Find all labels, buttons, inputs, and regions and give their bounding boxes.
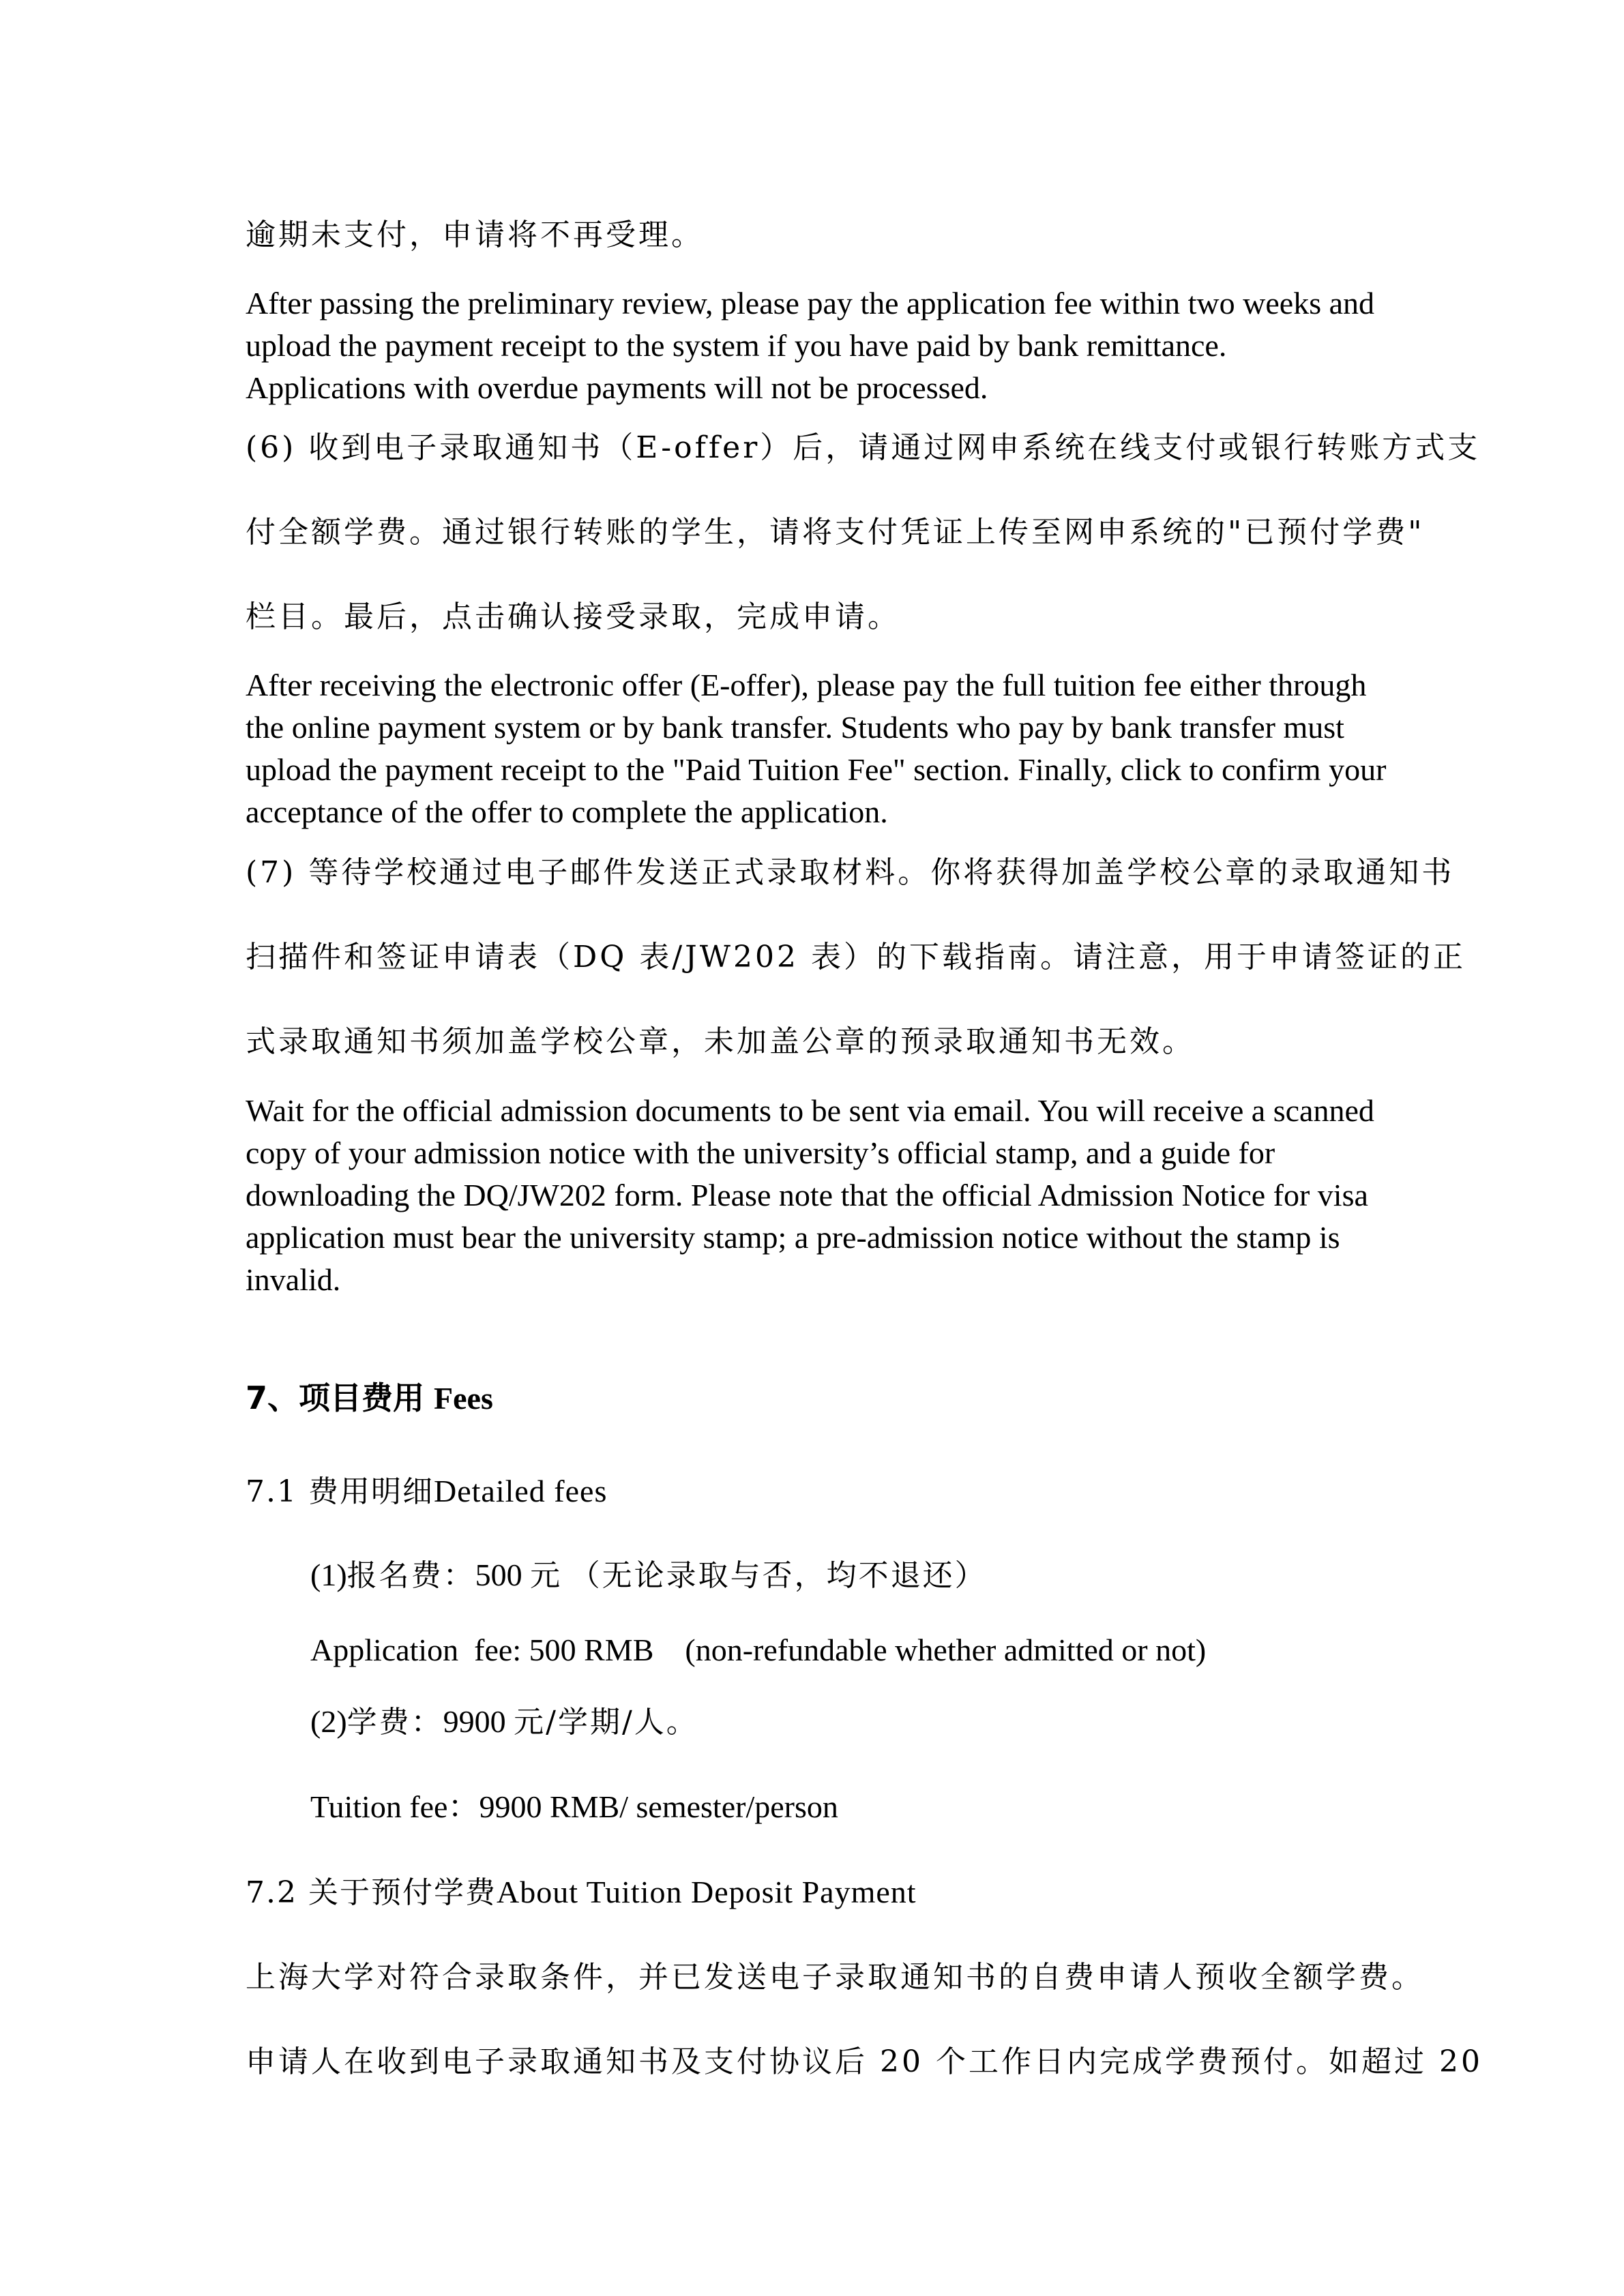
section-7-heading: 7、项目费用Fees [246,1377,1432,1420]
fee-unit-zh: 元/学期/人。 [514,1705,698,1740]
text-line: 栏目。最后，点击确认接受录取，完成申请。 [246,575,1432,659]
subsection-title-en: Detailed fees [434,1474,607,1508]
section-heading-zh: 7、项目费用 [246,1380,424,1416]
text-line: Applications with overdue payments will … [246,367,1432,409]
text-line: acceptance of the offer to complete the … [246,791,1432,833]
text-line: 扫描件和签证申请表（DQ 表/JW202 表）的下载指南。请注意，用于申请签证的… [246,915,1432,1000]
fee-item-application-en: Application fee: 500 RMB (non-refundable… [310,1629,1497,1671]
text-line: the online payment system or by bank tra… [246,706,1432,749]
text-line: downloading the DQ/JW202 form. Please no… [246,1174,1432,1217]
subsection-number: 7.1 [246,1474,297,1509]
deposit-paragraph-zh: 上海大学对符合录取条件，并已发送电子录取通知书的自费申请人预收全额学费。 申请人… [246,1935,1432,2104]
overdue-notice-zh: 逾期未支付，申请将不再受理。 [246,214,1432,256]
step6-paragraph-en: After receiving the electronic offer (E-… [246,664,1432,833]
fee-note-zh: （无论录取与否，均不退还） [570,1558,987,1593]
fee-item-tuition-en: Tuition fee：9900 RMB/ semester/person [310,1786,1497,1828]
section-heading-en: Fees [434,1381,493,1416]
text-line: upload the payment receipt to the "Paid … [246,749,1432,791]
step7-paragraph-en: Wait for the official admission document… [246,1090,1432,1301]
text-line: After passing the preliminary review, pl… [246,282,1432,325]
fee-amount: 500 [475,1557,522,1592]
text-line: application must bear the university sta… [246,1217,1432,1259]
text-line: Wait for the official admission document… [246,1090,1432,1132]
text-line: (6) 收到电子录取通知书（E-offer）后，请通过网申系统在线支付或银行转账… [246,406,1432,490]
text-line: 式录取通知书须加盖学校公章，未加盖公章的预录取通知书无效。 [246,1000,1432,1084]
text-line: copy of your admission notice with the u… [246,1132,1432,1174]
fee-item-application-zh: (1)报名费：500 元 （无论录取与否，均不退还） [310,1554,1497,1597]
fee-label-zh: 报名费： [347,1558,475,1593]
prelim-review-paragraph-en: After passing the preliminary review, pl… [246,282,1432,409]
fee-amount: 9900 [443,1704,506,1739]
text-line: 付全额学费。通过银行转账的学生，请将支付凭证上传至网申系统的"已预付学费" [246,490,1432,575]
item-number: (2) [310,1704,347,1739]
subsection-title-en: About Tuition Deposit Payment [497,1875,917,1909]
text-line: (7) 等待学校通过电子邮件发送正式录取材料。你将获得加盖学校公章的录取通知书 [246,831,1432,915]
step6-paragraph-zh: (6) 收到电子录取通知书（E-offer）后，请通过网申系统在线支付或银行转账… [246,406,1432,659]
subsection-title-zh: 费用明细 [308,1474,434,1509]
text-line: 申请人在收到电子录取通知书及支付协议后 20 个工作日内完成学费预付。如超过 2… [246,2020,1432,2104]
subsection-number: 7.2 [246,1875,297,1910]
text-line: After receiving the electronic offer (E-… [246,664,1432,706]
fee-label-zh: 学费： [347,1705,443,1740]
step7-paragraph-zh: (7) 等待学校通过电子邮件发送正式录取材料。你将获得加盖学校公章的录取通知书 … [246,831,1432,1084]
item-number: (1) [310,1557,347,1592]
text-line: 上海大学对符合录取条件，并已发送电子录取通知书的自费申请人预收全额学费。 [246,1935,1432,2020]
document-page: 逾期未支付，申请将不再受理。 After passing the prelimi… [0,0,1624,2296]
text-line: upload the payment receipt to the system… [246,325,1432,367]
subsection-title-zh: 关于预付学费 [308,1875,497,1910]
fee-unit-zh: 元 [530,1558,562,1593]
text-line: invalid. [246,1259,1432,1301]
subsection-7-1-heading: 7.1 费用明细Detailed fees [246,1470,1432,1513]
subsection-7-2-heading: 7.2 关于预付学费About Tuition Deposit Payment [246,1871,1432,1914]
fee-item-tuition-zh: (2)学费：9900 元/学期/人。 [310,1701,1497,1744]
